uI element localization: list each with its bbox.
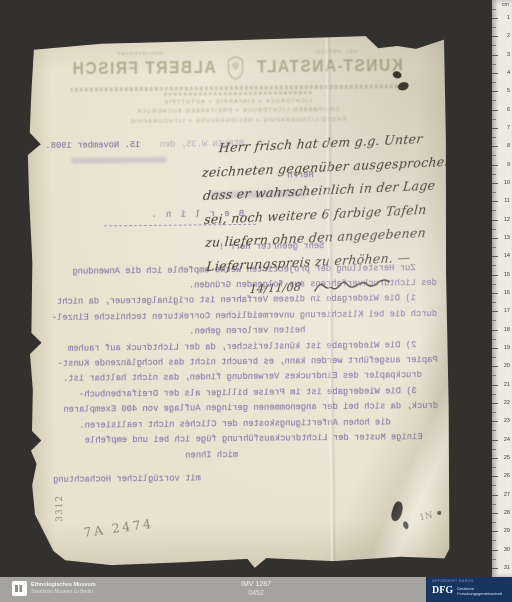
ruler-tick-major bbox=[492, 128, 498, 129]
letterhead-brand-left: KUNST-ANSTALT bbox=[256, 56, 403, 78]
scale-ruler: cm 1234567891011121314151617181920212223… bbox=[492, 0, 512, 577]
dfg-funded-label: GEFÖRDERT DURCH bbox=[432, 579, 508, 584]
ruler-tick-major bbox=[492, 568, 498, 569]
typed-closing: mit vorzüglicher Hochachtung bbox=[47, 469, 439, 489]
dfg-name-line: Forschungsgemeinschaft bbox=[457, 591, 502, 596]
letterhead-mirrored: KGL. PREUSS. HOFLIEFERANT KUNST-ANSTALT … bbox=[64, 48, 410, 125]
letterhead-service-line: DREIFARBEN-LICHTDRUCK + DREIFARBEN-BUCHD… bbox=[65, 106, 410, 116]
ruler-tick-minor bbox=[492, 82, 496, 83]
ruler-tick-minor bbox=[492, 174, 496, 175]
ruler-tick-minor bbox=[492, 302, 496, 303]
letterhead-fineprint-bar-short bbox=[162, 91, 312, 96]
ruler-tick-minor bbox=[492, 192, 496, 193]
ruler-number: 24 bbox=[504, 437, 510, 443]
scan-background: KGL. PREUSS. HOFLIEFERANT KUNST-ANSTALT … bbox=[0, 0, 512, 602]
dfg-full-name: Deutsche Forschungsgemeinschaft bbox=[457, 586, 502, 596]
dfg-logo-box: GEFÖRDERT DURCH DFG Deutsche Forschungsg… bbox=[426, 577, 512, 602]
ruler-number: 19 bbox=[504, 345, 510, 351]
ruler-tick-minor bbox=[492, 155, 496, 156]
ruler-tick-minor bbox=[492, 540, 496, 541]
ruler-number: 26 bbox=[504, 473, 510, 479]
ruler-tick-major bbox=[492, 385, 498, 386]
letterhead-service-line: LICHTDRUCK + EINFARBIG + AUTOTYPIE bbox=[65, 97, 410, 107]
letterhead-brand-right: ALBERT FRISCH bbox=[71, 58, 216, 80]
ruler-tick-major bbox=[492, 201, 498, 202]
handwritten-lines: Herr frisch hat dem g.g. Unterzeichneten… bbox=[200, 125, 468, 278]
letterhead-brand-row: KUNST-ANSTALT ALBERT FRISCH bbox=[64, 54, 409, 83]
ruler-number: 21 bbox=[504, 382, 510, 388]
ruler-number: 3 bbox=[507, 52, 510, 58]
ruler-tick-major bbox=[492, 476, 498, 477]
ruler-tick-minor bbox=[492, 137, 496, 138]
ruler-number: 22 bbox=[504, 400, 510, 406]
ruler-tick-major bbox=[492, 458, 498, 459]
ruler-number: 13 bbox=[504, 235, 510, 241]
letter-sheet: KGL. PREUSS. HOFLIEFERANT KUNST-ANSTALT … bbox=[26, 35, 451, 570]
handwritten-date: 14/11/08 bbox=[248, 276, 302, 302]
ruler-tick-major bbox=[492, 275, 498, 276]
ruler-number: 31 bbox=[504, 565, 510, 571]
ruler-number: 11 bbox=[504, 198, 510, 204]
ruler-tick-minor bbox=[492, 430, 496, 431]
ruler-tick-minor bbox=[492, 357, 496, 358]
ruler-tick-minor bbox=[492, 27, 496, 28]
ruler-tick-major bbox=[492, 55, 498, 56]
pencil-mark-corner: 1N bbox=[418, 511, 433, 523]
crest-icon bbox=[225, 55, 245, 81]
ruler-tick-major bbox=[492, 36, 498, 37]
ruler-number: 15 bbox=[504, 272, 510, 278]
ruler-tick-minor bbox=[492, 64, 496, 65]
ruler-tick-minor bbox=[492, 284, 496, 285]
ruler-number: 7 bbox=[507, 125, 510, 131]
ruler-tick-major bbox=[492, 293, 498, 294]
ruler-number: 20 bbox=[504, 363, 510, 369]
ruler-tick-minor bbox=[492, 100, 496, 101]
ruler-tick-major bbox=[492, 421, 498, 422]
paper-hole bbox=[437, 511, 441, 515]
pencil-mark-vertical: 3312 bbox=[55, 495, 65, 522]
ruler-tick-major bbox=[492, 238, 498, 239]
handwritten-note: Herr frisch hat dem g.g. Unterzeichneten… bbox=[200, 125, 469, 303]
ruler-number: 14 bbox=[504, 253, 510, 259]
dfg-logo-row: DFG Deutsche Forschungsgemeinschaft bbox=[432, 585, 508, 596]
ruler-tick-minor bbox=[492, 339, 496, 340]
ruler-tick-major bbox=[492, 403, 498, 404]
ruler-tick-major bbox=[492, 366, 498, 367]
ruler-tick-minor bbox=[492, 394, 496, 395]
ruler-tick-major bbox=[492, 440, 498, 441]
ruler-tick-minor bbox=[492, 45, 496, 46]
ruler-number: 23 bbox=[504, 418, 510, 424]
paper-hole bbox=[389, 500, 405, 522]
ruler-tick-major bbox=[492, 165, 498, 166]
ruler-tick-minor bbox=[492, 265, 496, 266]
ruler-tick-major bbox=[492, 550, 498, 551]
ruler-tick-major bbox=[492, 220, 498, 221]
archive-footer-bar: Ethnologisches Museum Staatliche Museen … bbox=[0, 577, 512, 602]
ruler-tick-minor bbox=[492, 522, 496, 523]
ruler-number: 6 bbox=[507, 107, 510, 113]
ruler-number: 18 bbox=[504, 327, 510, 333]
typed-dateline-date: 15. November 1908. bbox=[45, 140, 140, 151]
illegible-typed-smudge bbox=[71, 157, 166, 164]
ruler-tick-major bbox=[492, 91, 498, 92]
ruler-number: 8 bbox=[507, 143, 510, 149]
ruler-tick-major bbox=[492, 495, 498, 496]
ruler-tick-minor bbox=[492, 504, 496, 505]
ruler-unit-label: cm bbox=[502, 2, 509, 8]
ruler-tick-minor bbox=[492, 247, 496, 248]
ruler-tick-minor bbox=[492, 485, 496, 486]
ruler-tick-minor bbox=[492, 467, 496, 468]
pencil-mark-inventory: 7A 2474 bbox=[83, 516, 155, 540]
ruler-tick-minor bbox=[492, 119, 496, 120]
signature-scribble bbox=[312, 274, 392, 296]
ruler-tick-major bbox=[492, 348, 498, 349]
dfg-logo-text: DFG bbox=[432, 585, 453, 596]
ruler-tick-minor bbox=[492, 210, 496, 211]
ruler-number: 17 bbox=[504, 308, 510, 314]
ruler-tick-major bbox=[492, 311, 498, 312]
letterhead-fineprint-bar bbox=[71, 84, 403, 91]
ruler-number: 25 bbox=[504, 455, 510, 461]
paper-hole bbox=[402, 521, 409, 530]
ruler-number: 28 bbox=[504, 510, 510, 516]
ruler-tick-major bbox=[492, 73, 498, 74]
ruler-number: 1 bbox=[507, 15, 510, 21]
ruler-number: 16 bbox=[504, 290, 510, 296]
ruler-tick-minor bbox=[492, 9, 496, 10]
ruler-tick-major bbox=[492, 183, 498, 184]
ruler-tick-major bbox=[492, 146, 498, 147]
ruler-number: 27 bbox=[504, 492, 510, 498]
ruler-tick-major bbox=[492, 110, 498, 111]
ruler-number: 2 bbox=[507, 33, 510, 39]
ruler-number: 12 bbox=[504, 217, 510, 223]
ruler-tick-minor bbox=[492, 449, 496, 450]
ruler-tick-minor bbox=[492, 320, 496, 321]
ruler-tick-minor bbox=[492, 559, 496, 560]
ruler-number: 5 bbox=[507, 88, 510, 94]
ruler-tick-major bbox=[492, 513, 498, 514]
ruler-number: 29 bbox=[504, 528, 510, 534]
ruler-tick-minor bbox=[492, 229, 496, 230]
ruler-number: 4 bbox=[507, 70, 510, 76]
letterhead-service-line: PHOTO-LITHOGRAPHIE + HELIOGRAVURE + LITH… bbox=[65, 116, 410, 126]
ruler-tick-major bbox=[492, 531, 498, 532]
ruler-number: 10 bbox=[504, 180, 510, 186]
ruler-tick-minor bbox=[492, 375, 496, 376]
ruler-number: 30 bbox=[504, 547, 510, 553]
ruler-tick-minor bbox=[492, 412, 496, 413]
ruler-tick-major bbox=[492, 256, 498, 257]
ruler-number: 9 bbox=[507, 162, 510, 168]
ruler-tick-major bbox=[492, 18, 498, 19]
ruler-tick-major bbox=[492, 330, 498, 331]
